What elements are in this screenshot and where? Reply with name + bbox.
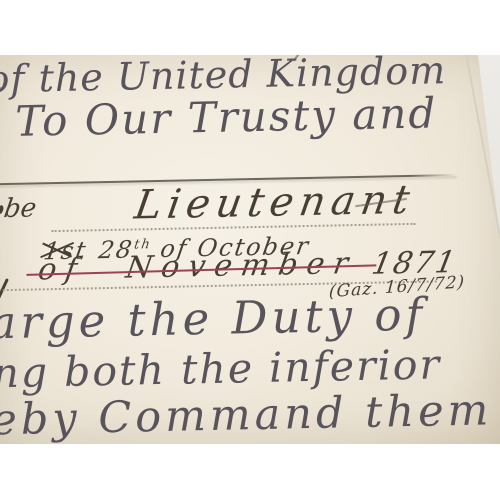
to-be-fragment: be — [2, 195, 38, 222]
screenshot-canvas: of the United Kingdom To Our Trusty and … — [0, 0, 500, 500]
document-paper: of the United Kingdom To Our Trusty and … — [0, 55, 500, 444]
printed-line-duty: arge the Duty of — [0, 292, 426, 346]
printed-line-trusty: To Our Trusty and — [15, 92, 438, 142]
document-photo: of the United Kingdom To Our Trusty and … — [0, 55, 500, 444]
printed-line-command: eby Command them — [0, 389, 493, 442]
